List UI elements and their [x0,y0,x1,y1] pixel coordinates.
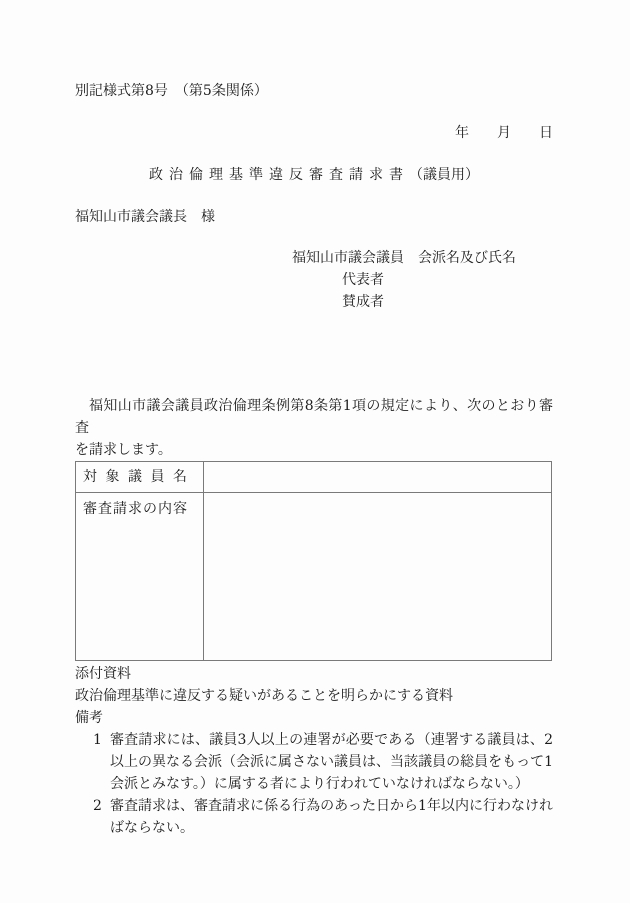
remark-item-number: 1 [93,729,102,751]
remark-item: 1 審査請求には、議員3人以上の連署が必要である（連署する議員は、2以上の異なる… [75,729,553,795]
attachments-block: 添付資料 政治倫理基準に違反する疑いがあることを明らかにする資料 [75,663,553,707]
remark-item-text: 審査請求には、議員3人以上の連署が必要である（連署する議員は、2以上の異なる会派… [110,732,553,792]
request-statement-line1: 福知山市議会議員政治倫理条例第8条第1項の規定により、次のとおり審査 [75,395,553,439]
target-member-row: 対象議員名 [76,462,552,493]
request-statement: 福知山市議会議員政治倫理条例第8条第1項の規定により、次のとおり審査 を請求しま… [75,395,553,461]
review-request-table: 対象議員名 審査請求の内容 [75,461,552,661]
remarks-block: 備考 1 審査請求には、議員3人以上の連署が必要である（連署する議員は、2以上の… [75,707,553,839]
document-content: 別記様式第8号 （第5条関係） 年 月 日 政治倫理基準違反審査請求書（議員用）… [75,0,553,839]
form-number-line: 別記様式第8号 （第5条関係） [75,80,553,102]
request-content-value-cell [204,493,552,661]
requester-name-line: 福知山市議会議員 会派名及び氏名 [292,247,553,269]
document-title-suffix: （議員用） [409,167,479,183]
representative-label: 代表者 [342,269,553,291]
document-title: 政治倫理基準違反審査請求書（議員用） [75,164,553,186]
supporter-label: 賛成者 [342,291,553,313]
document-page: 別記様式第8号 （第5条関係） 年 月 日 政治倫理基準違反審査請求書（議員用）… [0,0,630,903]
request-content-label-cell: 審査請求の内容 [76,493,204,661]
requester-block: 福知山市議会議員 会派名及び氏名 代表者 賛成者 [75,247,553,313]
remarks-heading: 備考 [75,707,553,729]
target-member-label: 対象議員名 [83,466,187,488]
document-title-main: 政治倫理基準違反審査請求書 [149,167,409,183]
target-member-label-cell: 対象議員名 [76,462,204,493]
request-content-row: 審査請求の内容 [76,493,552,661]
request-statement-line2: を請求します。 [75,439,553,461]
addressee-line: 福知山市議会議長 様 [75,206,553,228]
attachments-heading: 添付資料 [75,663,553,685]
date-line: 年 月 日 [75,122,553,144]
target-member-value-cell [204,462,552,493]
attachments-description: 政治倫理基準に違反する疑いがあることを明らかにする資料 [75,685,553,707]
remark-item: 2 審査請求は、審査請求に係る行為のあった日から1年以内に行わなければならない。 [75,795,553,839]
remark-item-number: 2 [93,795,102,817]
remark-item-text: 審査請求は、審査請求に係る行為のあった日から1年以内に行わなければならない。 [110,798,553,836]
request-content-label: 審査請求の内容 [83,498,187,520]
